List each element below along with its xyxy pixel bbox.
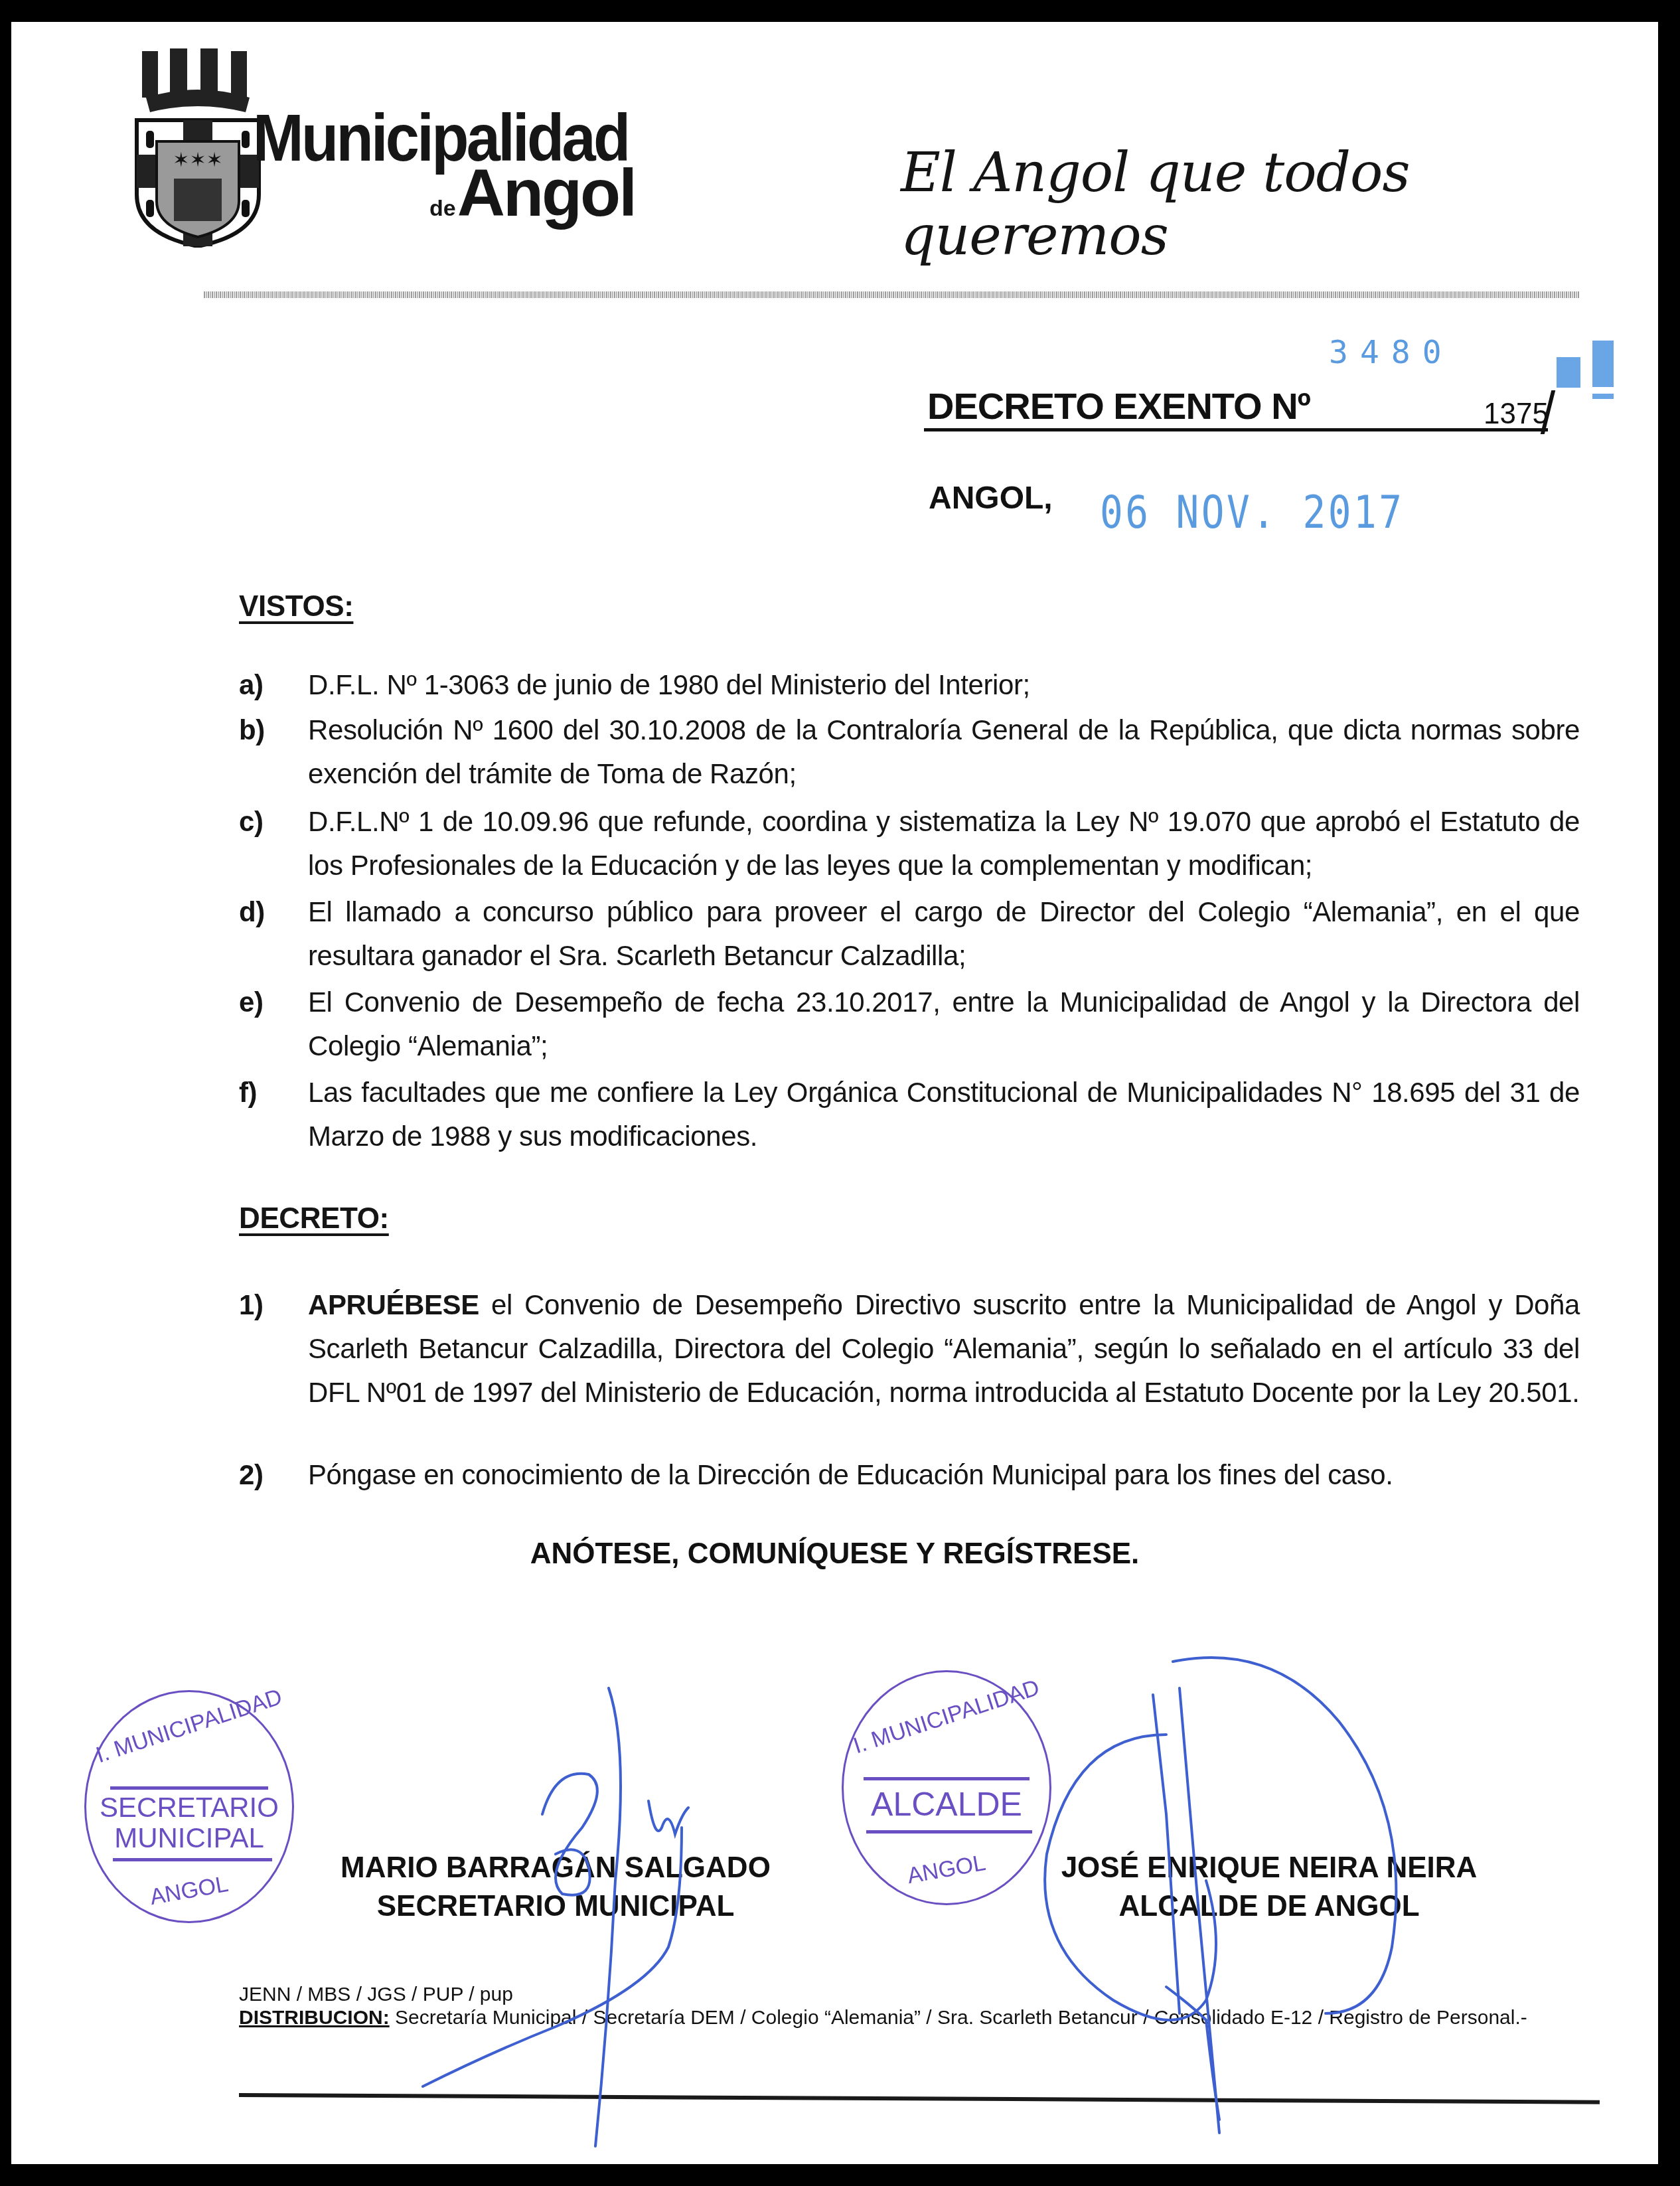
decree-title: DECRETO EXENTO Nº bbox=[927, 384, 1310, 428]
seal-bottom-text: ANGOL bbox=[843, 1839, 1050, 1900]
document-page: ✶✶✶ Municipalidad deAngol El Angol que t… bbox=[11, 22, 1658, 2164]
item-label: 1) bbox=[239, 1283, 264, 1327]
brand-city-name: Angol bbox=[457, 156, 635, 230]
signatory-alcalde: JOSÉ ENRIQUE NEIRA NEIRA ALCALDE DE ANGO… bbox=[1043, 1849, 1495, 1926]
item-text: El llamado a concurso público para prove… bbox=[308, 890, 1580, 978]
initials-line: JENN / MBS / JGS / PUP / pup bbox=[239, 1984, 513, 2006]
item-label: b) bbox=[239, 708, 265, 752]
vistos-item: f) Las facultades que me confiere la Ley… bbox=[239, 1071, 1580, 1158]
city-label: ANGOL, bbox=[929, 480, 1053, 516]
signatory-secretario: MARIO BARRAGÁN SALGADO SECRETARIO MUNICI… bbox=[323, 1849, 788, 1926]
item-text: El Convenio de Desempeño de fecha 23.10.… bbox=[308, 980, 1580, 1068]
signatory-title: SECRETARIO MUNICIPAL bbox=[323, 1887, 788, 1926]
item-label: e) bbox=[239, 980, 264, 1024]
item-label: c) bbox=[239, 800, 264, 844]
slogan: El Angol que todos queremos bbox=[901, 141, 1658, 268]
stamp-mark-icon bbox=[1592, 394, 1614, 399]
coat-of-arms-icon: ✶✶✶ bbox=[133, 48, 263, 248]
vistos-heading: VISTOS: bbox=[239, 585, 353, 629]
vistos-item: b) Resolución Nº 1600 del 30.10.2008 de … bbox=[239, 708, 1580, 796]
distribution-label: DISTRIBUCION: bbox=[239, 2007, 390, 2029]
item-text: D.F.L.Nº 1 de 10.09.96 que refunde, coor… bbox=[308, 800, 1580, 888]
brand-city: deAngol bbox=[429, 160, 635, 226]
footer-divider bbox=[239, 2093, 1600, 2104]
decreto-heading: DECRETO: bbox=[239, 1197, 389, 1241]
item-text: Póngase en conocimiento de la Dirección … bbox=[308, 1453, 1580, 1497]
item-text: APRUÉBESE el Convenio de Desempeño Direc… bbox=[308, 1283, 1580, 1415]
distribution-line: DISTRIBUCION: Secretaría Municipal / Sec… bbox=[239, 2007, 1527, 2029]
vistos-item: d) El llamado a concurso público para pr… bbox=[239, 890, 1580, 978]
seal-middle-text: MUNICIPAL bbox=[86, 1822, 292, 1854]
seal-top-text: I. MUNICIPALIDAD bbox=[88, 1682, 291, 1770]
distribution-text: Secretaría Municipal / Secretaría DEM / … bbox=[390, 2007, 1527, 2029]
signatory-name: JOSÉ ENRIQUE NEIRA NEIRA bbox=[1043, 1849, 1495, 1887]
seal-top-text: I. MUNICIPALIDAD bbox=[845, 1673, 1049, 1761]
item-text: Resolución Nº 1600 del 30.10.2008 de la … bbox=[308, 708, 1580, 796]
item-label: f) bbox=[239, 1071, 257, 1115]
item-body: Póngase en conocimiento de la Dirección … bbox=[308, 1459, 1393, 1490]
date-stamp: 06 NOV. 2017 bbox=[1100, 487, 1404, 539]
decreto-item: 2) Póngase en conocimiento de la Direcci… bbox=[239, 1453, 1580, 1497]
closing-formula: ANÓTESE, COMUNÍQUESE Y REGÍSTRESE. bbox=[11, 1537, 1658, 1571]
item-label: 2) bbox=[239, 1453, 264, 1497]
item-bold-lead: APRUÉBESE bbox=[308, 1289, 479, 1320]
decree-number: 1375 bbox=[1484, 398, 1549, 431]
item-text: D.F.L. Nº 1-3063 de junio de 1980 del Mi… bbox=[308, 663, 1580, 707]
vistos-item: e) El Convenio de Desempeño de fecha 23.… bbox=[239, 980, 1580, 1068]
header-divider bbox=[204, 291, 1579, 298]
item-body: el Convenio de Desempeño Directivo suscr… bbox=[308, 1289, 1580, 1408]
seal-middle-text: ALCALDE bbox=[844, 1785, 1049, 1824]
decreto-item: 1) APRUÉBESE el Convenio de Desempeño Di… bbox=[239, 1283, 1580, 1415]
registry-stamp-number: 3480 bbox=[1329, 334, 1454, 371]
svg-text:✶✶✶: ✶✶✶ bbox=[173, 149, 222, 171]
vistos-item: a) D.F.L. Nº 1-3063 de junio de 1980 del… bbox=[239, 663, 1580, 707]
seal-bottom-text: ANGOL bbox=[86, 1860, 293, 1921]
seal-middle-text: SECRETARIO bbox=[86, 1792, 292, 1824]
seal-line bbox=[110, 1786, 268, 1790]
item-label: a) bbox=[239, 663, 264, 707]
item-text: Las facultades que me confiere la Ley Or… bbox=[308, 1071, 1580, 1158]
stamp-mark-icon bbox=[1557, 357, 1580, 388]
signatory-title: ALCALDE DE ANGOL bbox=[1043, 1887, 1495, 1926]
secretario-seal: I. MUNICIPALIDAD SECRETARIO MUNICIPAL AN… bbox=[84, 1690, 294, 1923]
decree-title-underline bbox=[924, 428, 1548, 431]
seal-line bbox=[866, 1830, 1032, 1834]
brand-de: de bbox=[429, 196, 456, 221]
alcalde-seal: I. MUNICIPALIDAD ALCALDE ANGOL bbox=[842, 1670, 1051, 1905]
item-label: d) bbox=[239, 890, 265, 934]
vistos-item: c) D.F.L.Nº 1 de 10.09.96 que refunde, c… bbox=[239, 800, 1580, 888]
stamp-mark-icon bbox=[1592, 341, 1614, 387]
signatory-name: MARIO BARRAGÁN SALGADO bbox=[323, 1849, 788, 1887]
seal-line bbox=[864, 1777, 1030, 1780]
seal-line bbox=[113, 1858, 272, 1861]
